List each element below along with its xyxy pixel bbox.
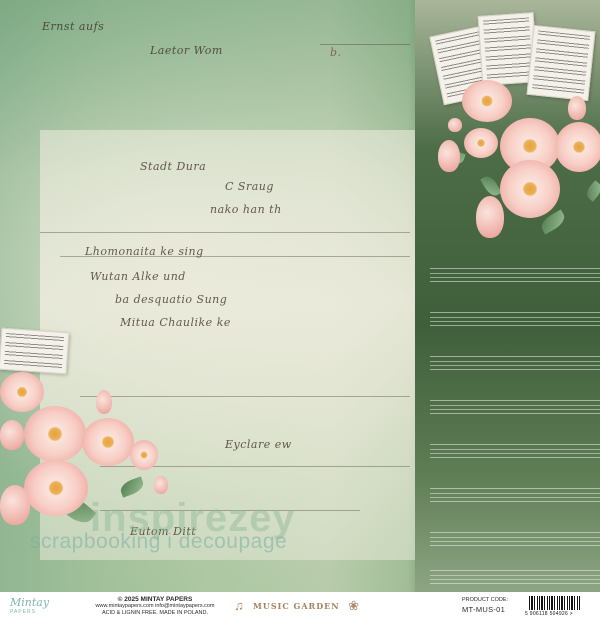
barcode: 5 906118 504926 >: [525, 596, 585, 620]
script-fragment: ba desquatio Sung: [115, 293, 227, 306]
rose-bud: [476, 196, 504, 238]
script-fragment: Stadt Dura: [140, 160, 206, 173]
music-staff: [430, 532, 600, 546]
logo-subtitle: PAPERS: [10, 609, 50, 615]
ruled-line: [40, 232, 410, 233]
ruled-line: [80, 396, 410, 397]
vintage-letter-background: [40, 130, 415, 560]
flower-ornament-icon: ❀: [343, 598, 365, 614]
script-fragment: nako han th: [210, 203, 282, 216]
script-fragment: Ernst aufs: [42, 20, 104, 33]
pink-rose-flower: [82, 418, 134, 466]
sheet-music-page: [527, 25, 596, 101]
music-staff: [430, 268, 600, 282]
product-code: MT-MUS-01: [462, 605, 508, 614]
music-staff: [430, 488, 600, 502]
sheet-music-page: [0, 328, 69, 375]
rose-bud: [438, 140, 460, 172]
logo-name: Mintay: [10, 596, 50, 609]
product-code-label: PRODUCT CODE:: [462, 597, 508, 603]
script-fragment: Wutan Alke und: [90, 270, 186, 283]
collection-title: ♫ MUSIC GARDEN ❀: [228, 598, 365, 614]
copyright-block: © 2025 MINTAY PAPERS www.mintaypapers.co…: [90, 596, 220, 617]
music-staff: [430, 570, 600, 584]
music-staff: [430, 444, 600, 458]
ruled-line: [60, 256, 410, 257]
script-fragment: Laetor Wom: [150, 44, 223, 57]
barcode-digits: 5 906118 504926 >: [525, 611, 585, 617]
pink-rose-flower: [555, 122, 600, 172]
rose-bud: [448, 118, 462, 132]
script-fragment: Eyclare ew: [225, 438, 292, 451]
product-footer: Mintay PAPERS © 2025 MINTAY PAPERS www.m…: [0, 592, 600, 623]
paper-notice: ACID & LIGNIN FREE. MADE IN POLAND.: [90, 610, 220, 617]
rose-bud: [0, 485, 30, 525]
pink-rose-flower: [462, 80, 512, 122]
barcode-icon: [529, 596, 581, 610]
music-staff: [430, 356, 600, 370]
website-links: www.mintaypapers.com info@mintaypapers.c…: [90, 603, 220, 610]
piano-ornament-icon: ♫: [228, 598, 250, 614]
music-staff: [430, 400, 600, 414]
rose-bud: [0, 420, 24, 450]
pink-rose-flower: [464, 128, 498, 158]
pink-rose-flower: [0, 372, 44, 412]
ruled-line: [320, 44, 410, 45]
music-staff: [430, 312, 600, 326]
pink-rose-flower: [24, 460, 88, 516]
ruled-line: [100, 510, 360, 511]
script-fragment: C Sraug: [225, 180, 274, 193]
scrapbook-paper-artwork: Ernst aufs Laetor Wom C Sraug nako han t…: [0, 0, 600, 592]
brand-logo: Mintay PAPERS: [10, 596, 50, 620]
script-fragment: b.: [330, 46, 358, 59]
rose-bud: [96, 390, 112, 414]
pink-rose-flower: [130, 440, 158, 470]
rose-bud: [568, 96, 586, 120]
product-code-block: PRODUCT CODE: MT-MUS-01: [462, 597, 508, 614]
collection-name: MUSIC GARDEN: [253, 601, 340, 611]
copyright-text: © 2025 MINTAY PAPERS: [90, 596, 220, 603]
script-fragment: Mitua Chaulike ke: [120, 316, 231, 329]
pink-rose-flower: [500, 160, 560, 218]
script-fragment: Eutom Ditt: [130, 525, 196, 538]
pink-rose-flower: [24, 406, 86, 462]
rose-bud: [154, 476, 168, 494]
